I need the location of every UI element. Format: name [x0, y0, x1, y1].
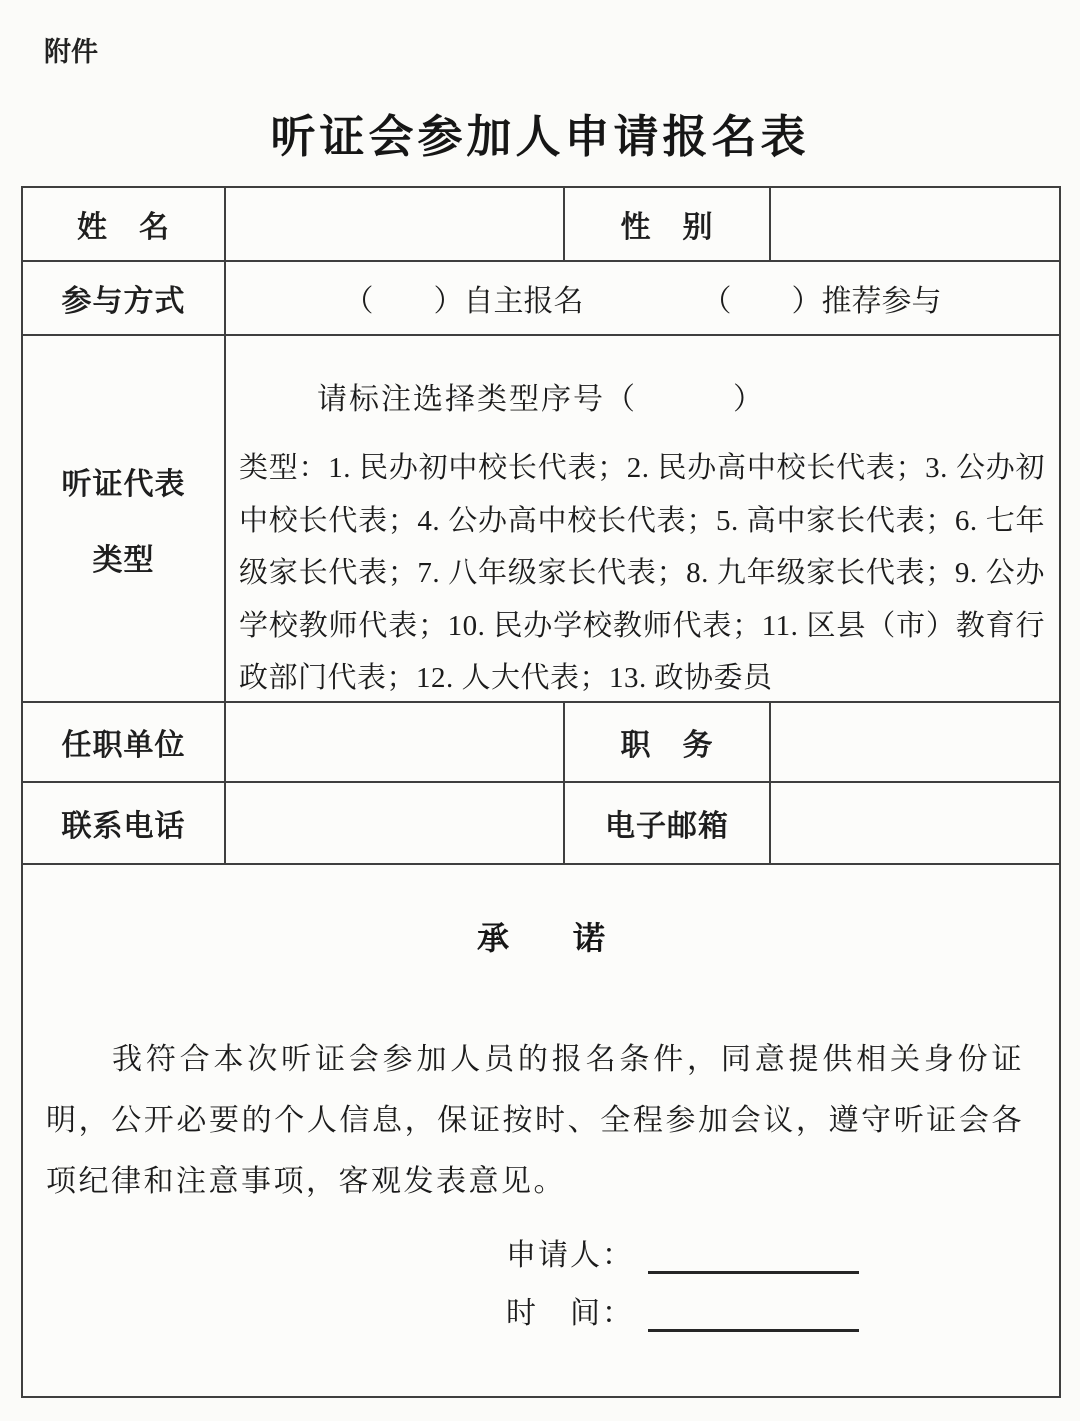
commitment-cell: 承 诺 我符合本次听证会参加人员的报名条件，同意提供相关身份证明，公开必要的个人… — [23, 865, 1059, 1396]
email-label: 电子邮箱 — [605, 801, 729, 845]
gender-label: 性 别 — [621, 202, 714, 246]
rep-type-label-cell: 听证代表 类型 — [23, 336, 226, 703]
form-title: 听证会参加人申请报名表 — [0, 100, 1080, 165]
commitment-body: 我符合本次听证会参加人员的报名条件，同意提供相关身份证明，公开必要的个人信息，保… — [46, 1029, 1024, 1212]
applicant-signature-blank[interactable] — [648, 1238, 859, 1274]
participation-options-cell: （ ）自主报名 （ ）推荐参与 — [226, 262, 1059, 336]
gender-value-cell[interactable] — [771, 188, 1059, 262]
employer-label: 任职单位 — [62, 720, 186, 764]
participation-label: 参与方式 — [62, 276, 186, 320]
email-label-cell: 电子邮箱 — [565, 783, 771, 865]
applicant-signature-row: 申请人： — [506, 1228, 1059, 1274]
option-self-checkbox[interactable]: （ ）自主报名 — [344, 276, 584, 320]
employer-label-cell: 任职单位 — [23, 703, 226, 783]
phone-value-cell[interactable] — [226, 783, 565, 865]
name-value-cell[interactable] — [226, 188, 565, 262]
participation-label-cell: 参与方式 — [23, 262, 226, 336]
option-recommend-checkbox[interactable]: （ ）推荐参与 — [702, 276, 942, 320]
attachment-label: 附件 — [44, 30, 98, 69]
rep-type-label-line2: 类型 — [93, 535, 155, 579]
form-page: 附件 听证会参加人申请报名表 姓 名 性 别 参与方式 （ ）自主报名 （ ）推… — [0, 0, 1080, 1421]
name-label-cell: 姓 名 — [23, 188, 226, 262]
serial-number-prompt[interactable]: 请标注选择类型序号（ ） — [317, 374, 1049, 418]
rep-type-content-cell: 请标注选择类型序号（ ） 类型：1. 民办初中校长代表；2. 民办高中校长代表；… — [226, 336, 1059, 703]
time-label: 时 间： — [506, 1288, 634, 1332]
date-signature-blank[interactable] — [648, 1296, 859, 1332]
phone-label-cell: 联系电话 — [23, 783, 226, 865]
commitment-heading: 承 诺 — [23, 913, 1059, 959]
date-signature-row: 时 间： — [506, 1286, 1059, 1332]
position-label-cell: 职 务 — [565, 703, 771, 783]
employer-value-cell[interactable] — [226, 703, 565, 783]
phone-label: 联系电话 — [62, 801, 186, 845]
name-label: 姓 名 — [77, 202, 170, 246]
position-value-cell[interactable] — [771, 703, 1059, 783]
position-label: 职 务 — [621, 720, 714, 764]
rep-type-label-line1: 听证代表 — [62, 459, 186, 503]
application-table: 姓 名 性 别 参与方式 （ ）自主报名 （ ）推荐参与 听证代表 类型 请标注… — [21, 186, 1061, 1398]
gender-label-cell: 性 别 — [565, 188, 771, 262]
applicant-label: 申请人： — [506, 1230, 634, 1274]
email-value-cell[interactable] — [771, 783, 1059, 865]
rep-type-list: 类型：1. 民办初中校长代表；2. 民办高中校长代表；3. 公办初中校长代表；4… — [239, 442, 1045, 705]
